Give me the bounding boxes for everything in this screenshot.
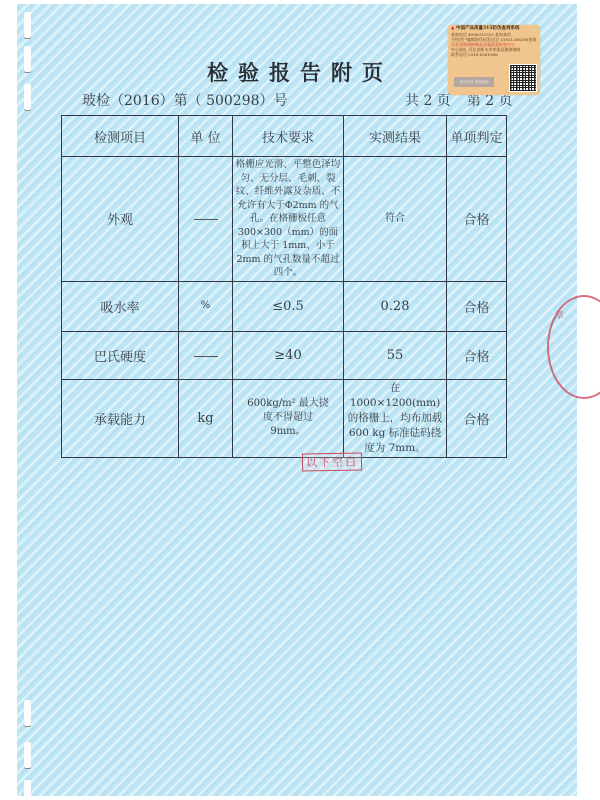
result-cell: 符合	[344, 157, 447, 282]
verdict-cell: 合格	[447, 281, 507, 331]
blank-below-stamp: 以下空白	[302, 452, 362, 471]
inspection-table: 检测项目 单 位 技术要求 实测结果 单项判定 外观 格栅应光滑、平整色泽均匀、…	[61, 115, 507, 458]
header-result: 实测结果	[344, 116, 447, 157]
item-cell: 吸水率	[62, 281, 179, 331]
requirement-cell: 600kg/m² 最大挠度不得超过 9mm。	[233, 379, 344, 457]
verdict-cell: 合格	[447, 379, 507, 457]
unit-cell: %	[179, 281, 233, 331]
table-header-row: 检测项目 单 位 技术要求 实测结果 单项判定	[62, 116, 507, 157]
report-number: 玻检（2016）第（ 500298）号	[82, 90, 288, 110]
verdict-cell: 合格	[447, 331, 507, 379]
sticker-line: 联系电话 0318-8261088	[448, 52, 540, 57]
item-cell: 承载能力	[62, 379, 179, 457]
requirement-cell: ≥40	[233, 331, 344, 379]
binding-hole	[24, 84, 31, 110]
verdict-cell: 合格	[447, 157, 507, 282]
anti-counterfeit-sticker: ▲ 中国产品质量315防伪查询系统 查询电话 4006315315 查询真伪 手…	[448, 25, 540, 95]
unit-cell	[179, 331, 233, 379]
table-row: 承载能力 kg 600kg/m² 最大挠度不得超过 9mm。 在 1000×12…	[62, 379, 507, 457]
table-row: 吸水率 % ≤0.5 0.28 合格	[62, 281, 507, 331]
seal-text: 章	[553, 310, 563, 319]
header-item: 检测项目	[62, 116, 179, 157]
result-cell: 55	[344, 331, 447, 379]
binding-hole	[24, 12, 31, 38]
requirement-cell: ≤0.5	[233, 281, 344, 331]
binding-hole	[24, 700, 31, 726]
binding-hole	[24, 742, 31, 768]
sticker-heading: 中国产品质量315防伪查询系统	[456, 26, 519, 31]
item-cell: 外观	[62, 157, 179, 282]
current-page: 第 2 页	[467, 93, 513, 109]
requirement-cell: 格栅应光滑、平整色泽均匀、无分层、毛刺、裂纹、纤维外露及杂质、不允许有大于Φ2m…	[233, 157, 344, 282]
warning-triangle-icon: ▲	[451, 25, 454, 32]
header-verdict: 单项判定	[447, 116, 507, 157]
result-cell: 在 1000×1200(mm) 的格栅上，均布加载 600 kg 标准砝码挠度为…	[344, 379, 447, 457]
unit-cell: kg	[179, 379, 233, 457]
dash-placeholder	[194, 356, 218, 357]
binding-hole	[24, 780, 31, 800]
scratch-off-area: 刮开涂层 查询真伪	[454, 77, 494, 87]
qr-code-icon	[509, 64, 537, 92]
header-requirement: 技术要求	[233, 116, 344, 157]
item-cell: 巴氏硬度	[62, 331, 179, 379]
total-pages: 共 2 页	[405, 93, 451, 109]
dash-placeholder	[194, 219, 218, 220]
header-unit: 单 位	[179, 116, 233, 157]
table-row: 巴氏硬度 ≥40 55 合格	[62, 331, 507, 379]
table-row: 外观 格栅应光滑、平整色泽均匀、无分层、毛刺、裂纹、纤维外露及杂质、不允许有大于…	[62, 157, 507, 282]
result-cell: 0.28	[344, 281, 447, 331]
unit-cell	[179, 157, 233, 282]
